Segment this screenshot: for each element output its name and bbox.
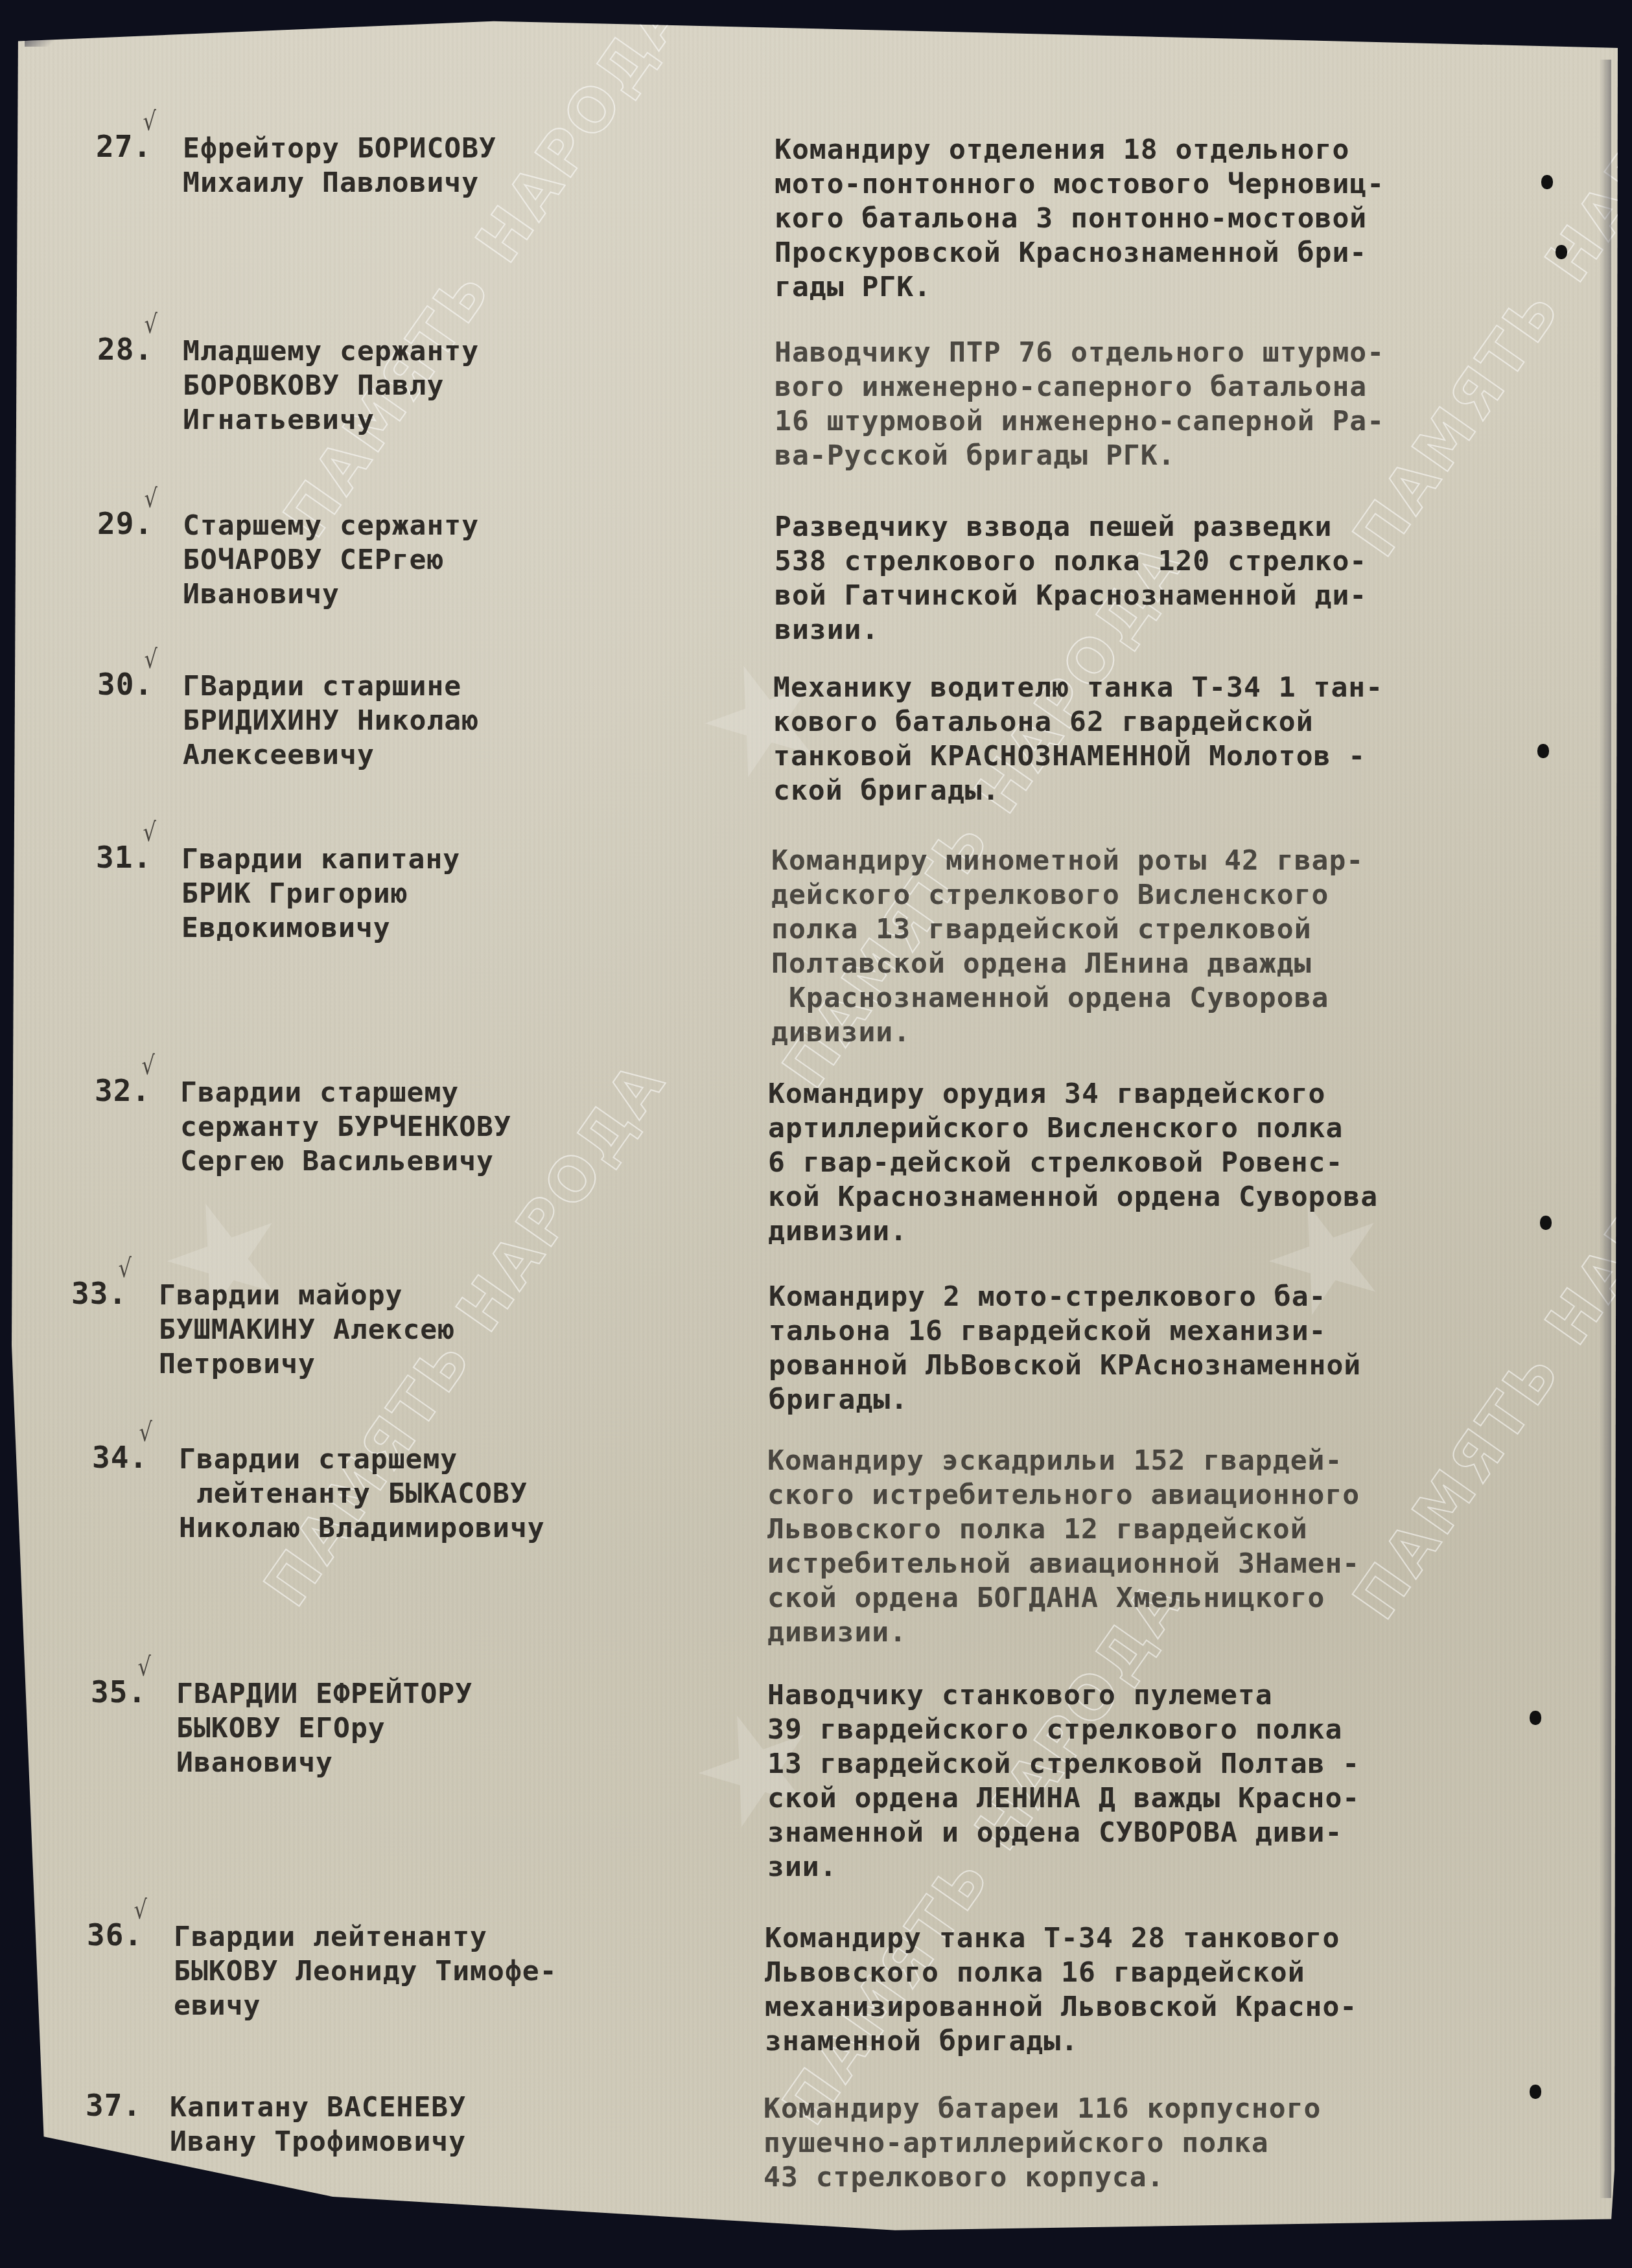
scanned-document: ПАМЯТЬ НАРОДА ПАМЯТЬ НАРОДА ПАМЯТЬ НАРОД… <box>0 0 1632 2268</box>
punch-hole <box>1530 1711 1541 1725</box>
recipient-position: Разведчику взвода пешей разведки 538 стр… <box>775 510 1367 647</box>
recipient-name: ГВардии старшине БРИДИХИНУ Николаю Алекс… <box>183 669 479 772</box>
checkmark-icon: √ <box>119 1254 132 1284</box>
checkmark-icon: √ <box>143 818 156 848</box>
recipient-position: Командиру эскадрильи 152 гвардей- ского … <box>767 1444 1360 1650</box>
checkmark-icon: √ <box>145 310 157 340</box>
checkmark-icon: √ <box>142 1051 155 1081</box>
recipient-position: Командиру батареи 116 корпусного пушечно… <box>764 2092 1321 2195</box>
watermark: ПАМЯТЬ НАРОДА <box>1344 1 1632 566</box>
recipient-position: Механику водителю танка Т-34 1 тан- ково… <box>773 671 1383 808</box>
recipient-name: Гвардии старшему лейтенанту БЫКАСОВУ Ник… <box>179 1442 545 1545</box>
recipient-position: Командиру 2 мото-стрелкового ба- тальона… <box>769 1280 1361 1417</box>
entry-number: 37. <box>86 2088 141 2123</box>
checkmark-icon: √ <box>145 484 157 514</box>
page-edge-shadow <box>1600 60 1611 2198</box>
punch-hole <box>1530 2085 1541 2099</box>
punch-hole <box>1537 744 1549 758</box>
recipient-position: Командиру минометной роты 42 гвар- дейск… <box>771 844 1364 1050</box>
checkmark-icon: √ <box>145 645 157 675</box>
watermark: ПАМЯТЬ НАРОДА <box>275 0 695 547</box>
recipient-position: Наводчику станкового пулемета 39 гвардей… <box>767 1678 1360 1884</box>
recipient-name: Младшему сержанту БОРОВКОВУ Павлу Игнать… <box>183 334 479 437</box>
recipient-name: Гвардии старшему сержанту БУРЧЕНКОВУ Сер… <box>180 1076 511 1179</box>
recipient-position: Командиру орудия 34 гвардейского артилле… <box>768 1077 1378 1249</box>
checkmark-icon: √ <box>138 1652 151 1682</box>
recipient-name: ГВАРДИИ ЕФРЕЙТОРУ БЫКОВУ ЕГОру Ивановичу <box>176 1677 472 1780</box>
checkmark-icon: √ <box>143 107 156 137</box>
recipient-position: Наводчику ПТР 76 отдельного штурмо- вого… <box>775 336 1384 473</box>
punch-hole <box>1556 245 1567 259</box>
recipient-name: Гвардии лейтенанту БЫКОВУ Леониду Тимофе… <box>174 1920 557 2023</box>
corner-stain <box>25 21 70 47</box>
checkmark-icon: √ <box>134 1895 147 1925</box>
recipient-name: Старшему сержанту БОЧАРОВУ СЕРгею Иванов… <box>183 509 479 612</box>
recipient-name: Гвардии майору БУШМАКИНУ Алексею Петрови… <box>159 1279 455 1382</box>
checkmark-icon: √ <box>139 1418 152 1448</box>
recipient-name: Ефрейтору БОРИСОВУ Михаилу Павловичу <box>183 132 496 200</box>
recipient-name: Капитану ВАСЕНЕВУ Ивану Трофимовичу <box>170 2090 466 2159</box>
recipient-position: Командиру отделения 18 отдельного мото-п… <box>775 133 1384 305</box>
punch-hole <box>1541 175 1553 189</box>
punch-hole <box>1540 1216 1552 1230</box>
recipient-position: Командиру танка Т-34 28 танкового Львовс… <box>765 1921 1357 2059</box>
recipient-name: Гвардии капитану БРИК Григорию Евдокимов… <box>181 842 460 945</box>
watermark: ПАМЯТЬ НАРОДА <box>1344 1064 1632 1629</box>
